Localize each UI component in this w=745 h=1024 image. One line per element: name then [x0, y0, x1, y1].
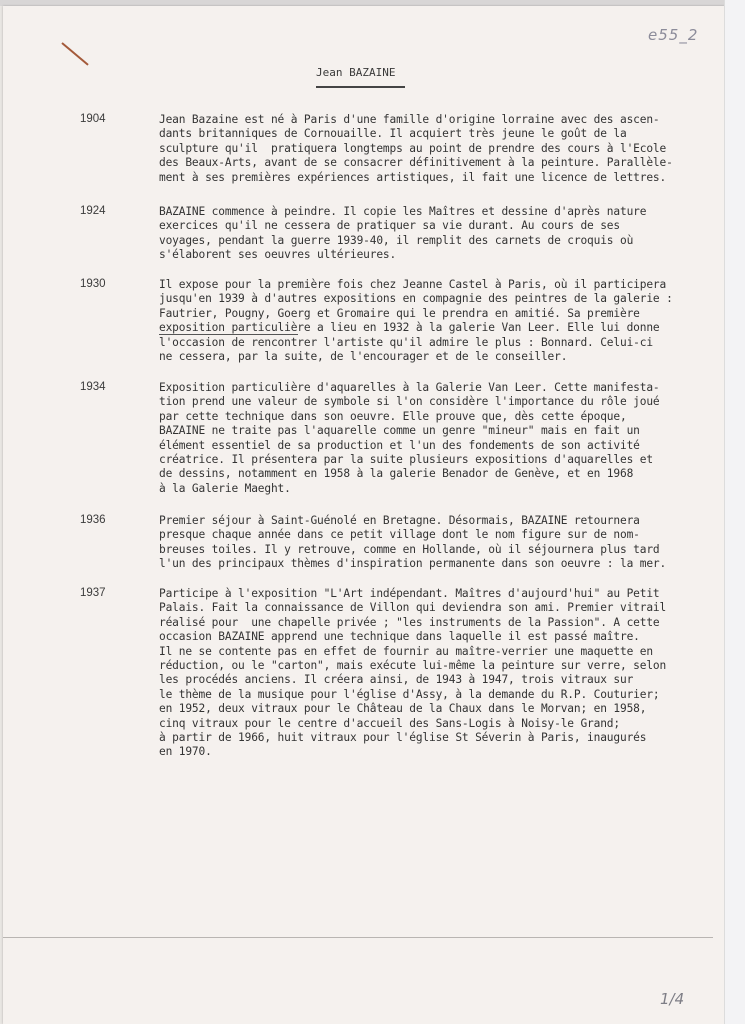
text-line: réalisé pour une chapelle privée ; "les …: [159, 616, 739, 630]
entry-year: 1930: [80, 278, 106, 290]
text-line: Il ne se contente pas en effet de fourni…: [159, 645, 739, 659]
text-line: s'élaborent ses oeuvres ultérieures.: [159, 248, 739, 262]
text-line: cinq vitraux pour le centre d'accueil de…: [159, 717, 739, 731]
entry-text: BAZAINE commence à peindre. Il copie les…: [159, 205, 739, 263]
entry-year: 1934: [80, 381, 106, 393]
text-line: en 1952, deux vitraux pour le Château de…: [159, 702, 739, 716]
text-line: à la Galerie Maeght.: [159, 482, 739, 496]
text-line: par cette technique dans son oeuvre. Ell…: [159, 410, 739, 424]
text-line: voyages, pendant la guerre 1939-40, il r…: [159, 234, 739, 248]
text-line: sculpture qu'il pratiquera longtemps au …: [159, 142, 739, 156]
text-line: BAZAINE ne traite pas l'aquarelle comme …: [159, 424, 739, 438]
text-line: ne cessera, par la suite, de l'encourage…: [159, 350, 739, 364]
text-line: en 1970.: [159, 745, 739, 759]
entry-text: Participe à l'exposition "L'Art indépend…: [159, 587, 739, 760]
entry-text: Exposition particulière d'aquarelles à l…: [159, 381, 739, 496]
entry-year: 1937: [80, 587, 106, 599]
text-line: les procédés anciens. Il créera ainsi, d…: [159, 673, 739, 687]
text-line: créatrice. Il présentera par la suite pl…: [159, 453, 739, 467]
text-line: jusqu'en 1939 à d'autres expositions en …: [159, 292, 739, 306]
text-line: presque chaque année dans ce petit villa…: [159, 528, 739, 542]
text-line: le thème de la musique pour l'église d'A…: [159, 688, 739, 702]
text-line: tion prend une valeur de symbole si l'on…: [159, 395, 739, 409]
text-line: Jean Bazaine est né à Paris d'une famill…: [159, 113, 739, 127]
text-line: exercices qu'il ne cessera de pratiquer …: [159, 219, 739, 233]
text-line-with-underline: exposition particulière a lieu en 1932 à…: [159, 321, 739, 335]
entry-year: 1924: [80, 205, 106, 217]
page-title: Jean BAZAINE: [316, 66, 395, 79]
text-line: breuses toiles. Il y retrouve, comme en …: [159, 543, 739, 557]
text-line: BAZAINE commence à peindre. Il copie les…: [159, 205, 739, 219]
text-line: l'occasion de rencontrer l'artiste qu'il…: [159, 336, 739, 350]
text-line: ment à ses premières expériences artisti…: [159, 171, 739, 185]
text-line: Premier séjour à Saint-Guénolé en Bretag…: [159, 514, 739, 528]
entry-text: Il expose pour la première fois chez Jea…: [159, 278, 739, 364]
handwritten-page-number: 1/4: [660, 990, 684, 1008]
text-line: des Beaux-Arts, avant de se consacrer dé…: [159, 156, 739, 170]
handwritten-reference-code: e55_2: [648, 26, 698, 44]
entry-year: 1904: [80, 113, 106, 125]
text-line: Participe à l'exposition "L'Art indépend…: [159, 587, 739, 601]
text-line: réduction, ou le "carton", mais exécute …: [159, 659, 739, 673]
text-line: occasion BAZAINE apprend une technique d…: [159, 630, 739, 644]
text-line: à partir de 1966, huit vitraux pour l'ég…: [159, 731, 739, 745]
text-line: Exposition particulière d'aquarelles à l…: [159, 381, 739, 395]
text-line: de dessins, notamment en 1958 à la galer…: [159, 467, 739, 481]
entry-text: Premier séjour à Saint-Guénolé en Bretag…: [159, 514, 739, 572]
text-line: Palais. Fait la connaissance de Villon q…: [159, 601, 739, 615]
paper-fold-line: [3, 937, 713, 938]
title-underline: [316, 86, 405, 88]
text-line: Fautrier, Pougny, Goerg et Gromaire qui …: [159, 307, 739, 321]
entry-text: Jean Bazaine est né à Paris d'une famill…: [159, 113, 739, 185]
text-line: élément essentiel de sa production et l'…: [159, 439, 739, 453]
entry-year: 1936: [80, 514, 106, 526]
text-line: Il expose pour la première fois chez Jea…: [159, 278, 739, 292]
text-line: l'un des principaux thèmes d'inspiration…: [159, 557, 739, 571]
text-line: dants britanniques de Cornouaille. Il ac…: [159, 127, 739, 141]
